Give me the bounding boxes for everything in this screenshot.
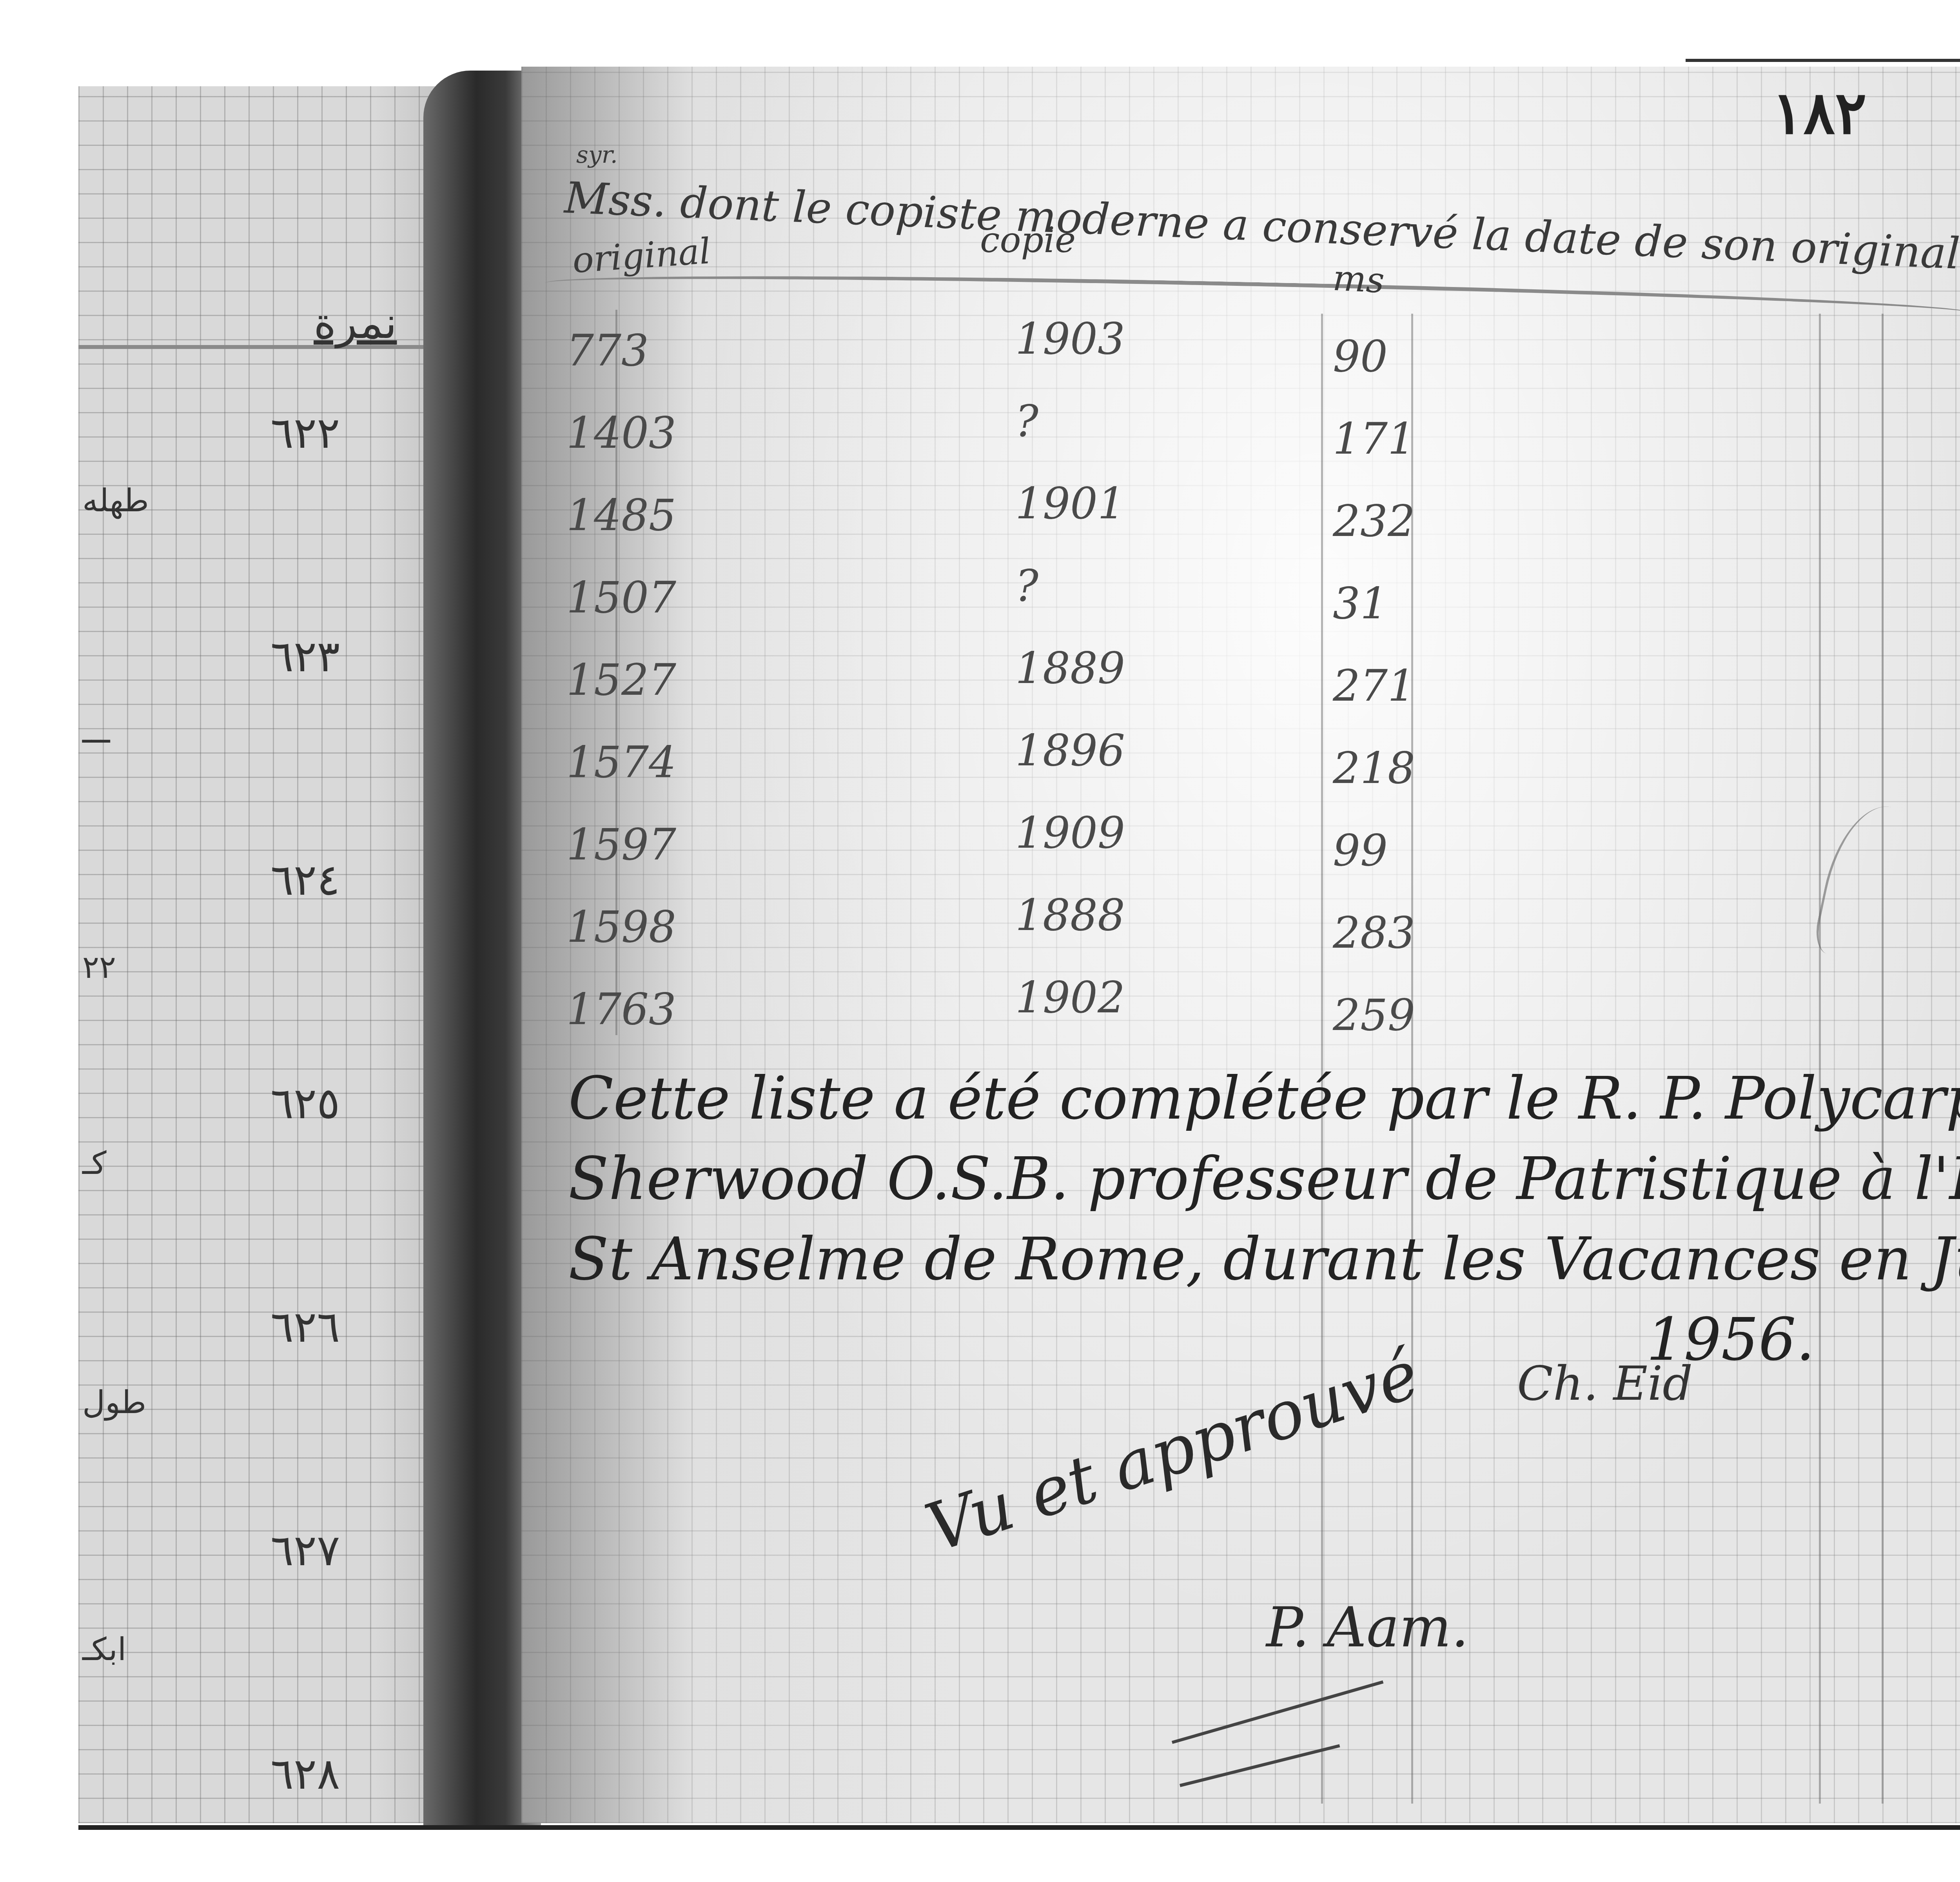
margin-note: ابكـ bbox=[82, 1631, 126, 1668]
cell-ms: 259 bbox=[1333, 990, 1415, 1040]
top-edge-line bbox=[1686, 59, 1960, 62]
cell-ms: 31 bbox=[1333, 578, 1388, 629]
cell-original: 1507 bbox=[566, 572, 676, 623]
note-line: Sherwood O.S.B. professeur de Patristiqu… bbox=[568, 1139, 1960, 1219]
margin-note: طول bbox=[82, 1384, 146, 1421]
cell-original: 1597 bbox=[566, 819, 676, 870]
entry-number: ٦٢٦ bbox=[270, 1302, 340, 1352]
margin-note: ـــ bbox=[82, 714, 110, 750]
cell-copie: 1889 bbox=[1015, 643, 1125, 693]
column-header-ms: ms bbox=[1332, 258, 1385, 302]
cell-copie: 1903 bbox=[1015, 314, 1125, 364]
cell-original: 1403 bbox=[566, 408, 676, 458]
note-line: St Anselme de Rome, durant les Vacances … bbox=[568, 1219, 1960, 1300]
cell-ms: 99 bbox=[1333, 825, 1388, 876]
cell-copie: 1902 bbox=[1015, 972, 1125, 1023]
cell-copie: 1901 bbox=[1015, 478, 1125, 529]
entry-number: ٦٢٥ bbox=[270, 1078, 340, 1128]
margin-note: كـ bbox=[82, 1145, 107, 1181]
entry-number: ٦٢٤ bbox=[270, 855, 340, 905]
cell-ms: 218 bbox=[1333, 743, 1415, 793]
note-line: Cette liste a été complétée par le R. P.… bbox=[568, 1059, 1960, 1139]
right-page bbox=[521, 67, 1960, 1823]
cell-copie: 1888 bbox=[1015, 890, 1125, 940]
cell-original: 1527 bbox=[566, 655, 676, 705]
entry-number: ٦٢٧ bbox=[270, 1525, 340, 1575]
cell-ms: 271 bbox=[1333, 661, 1415, 711]
cell-ms: 90 bbox=[1333, 331, 1388, 381]
note-line: 1956. bbox=[568, 1300, 1960, 1380]
cell-original: 1485 bbox=[566, 490, 676, 540]
page-number: ١٨٢ bbox=[1772, 78, 1867, 147]
signature-compiler: Ch. Eid bbox=[1517, 1357, 1693, 1411]
signature-approver: P. Aam. bbox=[1266, 1596, 1469, 1660]
column-header-copie: copie bbox=[980, 220, 1076, 261]
cell-ms: 171 bbox=[1333, 414, 1415, 464]
cell-original: 773 bbox=[566, 325, 649, 376]
cell-original: 1598 bbox=[566, 902, 676, 952]
cell-ms: 283 bbox=[1333, 908, 1415, 958]
header-superscript: syr. bbox=[576, 141, 618, 169]
cell-copie: ? bbox=[1015, 396, 1038, 446]
entry-number: ٦٢٨ bbox=[270, 1749, 340, 1799]
left-column-heading: نمرة bbox=[314, 298, 397, 348]
bottom-edge-line bbox=[78, 1825, 1960, 1830]
cell-copie: 1896 bbox=[1015, 725, 1125, 776]
cell-original: 1574 bbox=[566, 737, 676, 787]
cell-copie: ? bbox=[1015, 561, 1038, 611]
entry-number: ٦٢٢ bbox=[270, 408, 340, 458]
cell-original: 1763 bbox=[566, 984, 676, 1034]
margin-note: طهله bbox=[82, 482, 149, 519]
entry-number: ٦٢٣ bbox=[270, 631, 340, 681]
cell-ms: 232 bbox=[1333, 496, 1415, 546]
completion-note: Cette liste a été complétée par le R. P.… bbox=[568, 1059, 1960, 1380]
margin-note: ٢٢ bbox=[82, 949, 116, 985]
cell-copie: 1909 bbox=[1015, 808, 1125, 858]
